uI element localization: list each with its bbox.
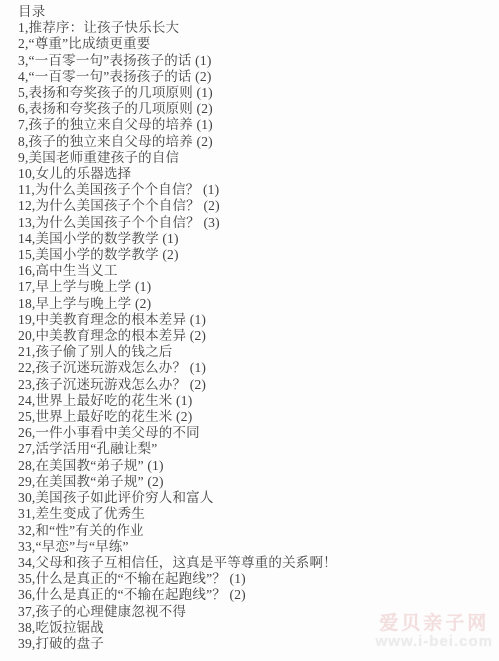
toc-item: 11,为什么美国孩子个个自信？ (1): [18, 182, 499, 198]
toc-list: 1,推荐序：让孩子快乐长大2,“尊重”比成绩更重要3,“一百零一句”表扬孩子的话…: [18, 20, 499, 652]
toc-item: 18,早上学与晚上学 (2): [18, 296, 499, 312]
toc-item: 21,孩子偷了别人的钱之后: [18, 344, 499, 360]
toc-item: 20,中美教育理念的根本差异 (2): [18, 328, 499, 344]
toc-item: 13,为什么美国孩子个个自信？ (3): [18, 215, 499, 231]
toc-item: 37,孩子的心理健康忽视不得: [18, 604, 499, 620]
toc-item: 35,什么是真正的“不输在起跑线”？ (1): [18, 571, 499, 587]
toc-item: 6,表扬和夸奖孩子的几项原则 (2): [18, 101, 499, 117]
toc-item: 26,一件小事看中美父母的不同: [18, 425, 499, 441]
toc-item: 3,“一百零一句”表扬孩子的话 (1): [18, 53, 499, 69]
toc-item: 25,世界上最好吃的花生米 (2): [18, 409, 499, 425]
toc-item: 39,打破的盘子: [18, 636, 499, 652]
toc-item: 2,“尊重”比成绩更重要: [18, 36, 499, 52]
toc-item: 27,活学活用“孔融让梨”: [18, 441, 499, 457]
toc-item: 36,什么是真正的“不输在起跑线”？ (2): [18, 587, 499, 603]
toc-item: 4,“一百零一句”表扬孩子的话 (2): [18, 69, 499, 85]
toc-item: 17,早上学与晚上学 (1): [18, 279, 499, 295]
toc-item: 5,表扬和夸奖孩子的几项原则 (1): [18, 85, 499, 101]
toc-item: 34,父母和孩子互相信任，这真是平等尊重的关系啊！: [18, 555, 499, 571]
toc-item: 15,美国小学的数学教学 (2): [18, 247, 499, 263]
toc-item: 23,孩子沉迷玩游戏怎么办？ (2): [18, 377, 499, 393]
toc-item: 9,美国老师重建孩子的自信: [18, 150, 499, 166]
toc-item: 22,孩子沉迷玩游戏怎么办？ (1): [18, 360, 499, 376]
toc-item: 28,在美国教“弟子规” (1): [18, 458, 499, 474]
toc-page: 目录 1,推荐序：让孩子快乐长大2,“尊重”比成绩更重要3,“一百零一句”表扬孩…: [0, 0, 499, 661]
toc-item: 30,美国孩子如此评价穷人和富人: [18, 490, 499, 506]
toc-item: 1,推荐序：让孩子快乐长大: [18, 20, 499, 36]
toc-item: 10,女儿的乐器选择: [18, 166, 499, 182]
toc-item: 8,孩子的独立来自父母的培养 (2): [18, 134, 499, 150]
toc-item: 19,中美教育理念的根本差异 (1): [18, 312, 499, 328]
page-title: 目录: [18, 4, 499, 20]
toc-item: 38,吃饭拉锯战: [18, 620, 499, 636]
toc-item: 16,高中生当义工: [18, 263, 499, 279]
toc-item: 14,美国小学的数学教学 (1): [18, 231, 499, 247]
toc-item: 12,为什么美国孩子个个自信？ (2): [18, 198, 499, 214]
toc-item: 31,差生变成了优秀生: [18, 506, 499, 522]
toc-item: 29,在美国教“弟子规” (2): [18, 474, 499, 490]
toc-item: 7,孩子的独立来自父母的培养 (1): [18, 117, 499, 133]
document-page: { "page": { "title": "目录", "items": [ "1…: [0, 0, 499, 661]
toc-item: 33,“早恋”与“早练”: [18, 539, 499, 555]
toc-item: 32,和“性”有关的作业: [18, 523, 499, 539]
toc-item: 24,世界上最好吃的花生米 (1): [18, 393, 499, 409]
